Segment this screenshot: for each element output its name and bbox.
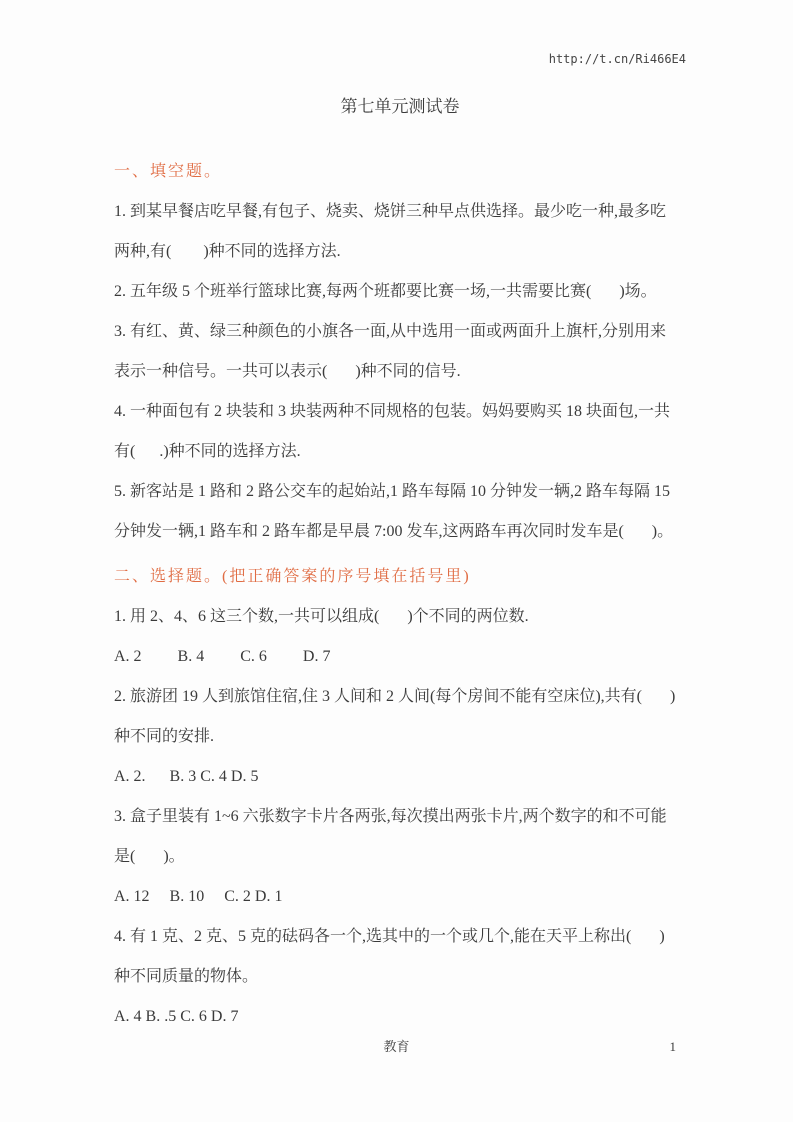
section-1-question-4: 4. 一种面包有 2 块装和 3 块装两种不同规格的包装。妈妈要购买 18 块面…	[114, 392, 686, 472]
page-title: 第七单元测试卷	[114, 97, 686, 117]
section-2-question-2: 2. 旅游团 19 人到旅馆住宿,住 3 人间和 2 人间(每个房间不能有空床位…	[114, 677, 686, 757]
section-2-question-1: 1. 用 2、4、6 这三个数,一共可以组成( )个不同的两位数.	[114, 597, 686, 637]
section-1-question-5: 5. 新客站是 1 路和 2 路公交车的起始站,1 路车每隔 10 分钟发一辆,…	[114, 472, 686, 552]
document-page: http://t.cn/Ri466E4 第七单元测试卷 一、填空题。 1. 到某…	[114, 0, 686, 1037]
section-2-question-1-options: A. 2 B. 4 C. 6 D. 7	[114, 637, 686, 677]
page-number: 1	[670, 1038, 677, 1056]
section-1-question-3: 3. 有红、黄、绿三种颜色的小旗各一面,从中选用一面或两面升上旗杆,分别用来 表…	[114, 312, 686, 392]
source-url-text: http://t.cn/Ri466E4	[114, 51, 686, 67]
section-2-question-2-options: A. 2. B. 3 C. 4 D. 5	[114, 757, 686, 797]
section-2-question-3-options: A. 12 B. 10 C. 2 D. 1	[114, 877, 686, 917]
section-2-heading: 二、选择题。(把正确答案的序号填在括号里)	[114, 557, 686, 597]
section-2-question-4-options: A. 4 B. .5 C. 6 D. 7	[114, 997, 686, 1037]
section-1-heading: 一、填空题。	[114, 152, 686, 192]
section-2-question-3: 3. 盒子里装有 1~6 六张数字卡片各两张,每次摸出两张卡片,两个数字的和不可…	[114, 797, 686, 877]
section-2-question-4: 4. 有 1 克、2 克、5 克的砝码各一个,选其中的一个或几个,能在天平上称出…	[114, 917, 686, 997]
document-body: 一、填空题。 1. 到某早餐店吃早餐,有包子、烧卖、烧饼三种早点供选择。最少吃一…	[114, 152, 686, 1037]
section-1-question-2: 2. 五年级 5 个班举行篮球比赛,每两个班都要比赛一场,一共需要比赛( )场。	[114, 272, 686, 312]
page-footer: 教育 1	[0, 1038, 793, 1058]
section-1-question-1: 1. 到某早餐店吃早餐,有包子、烧卖、烧饼三种早点供选择。最少吃一种,最多吃 两…	[114, 192, 686, 272]
